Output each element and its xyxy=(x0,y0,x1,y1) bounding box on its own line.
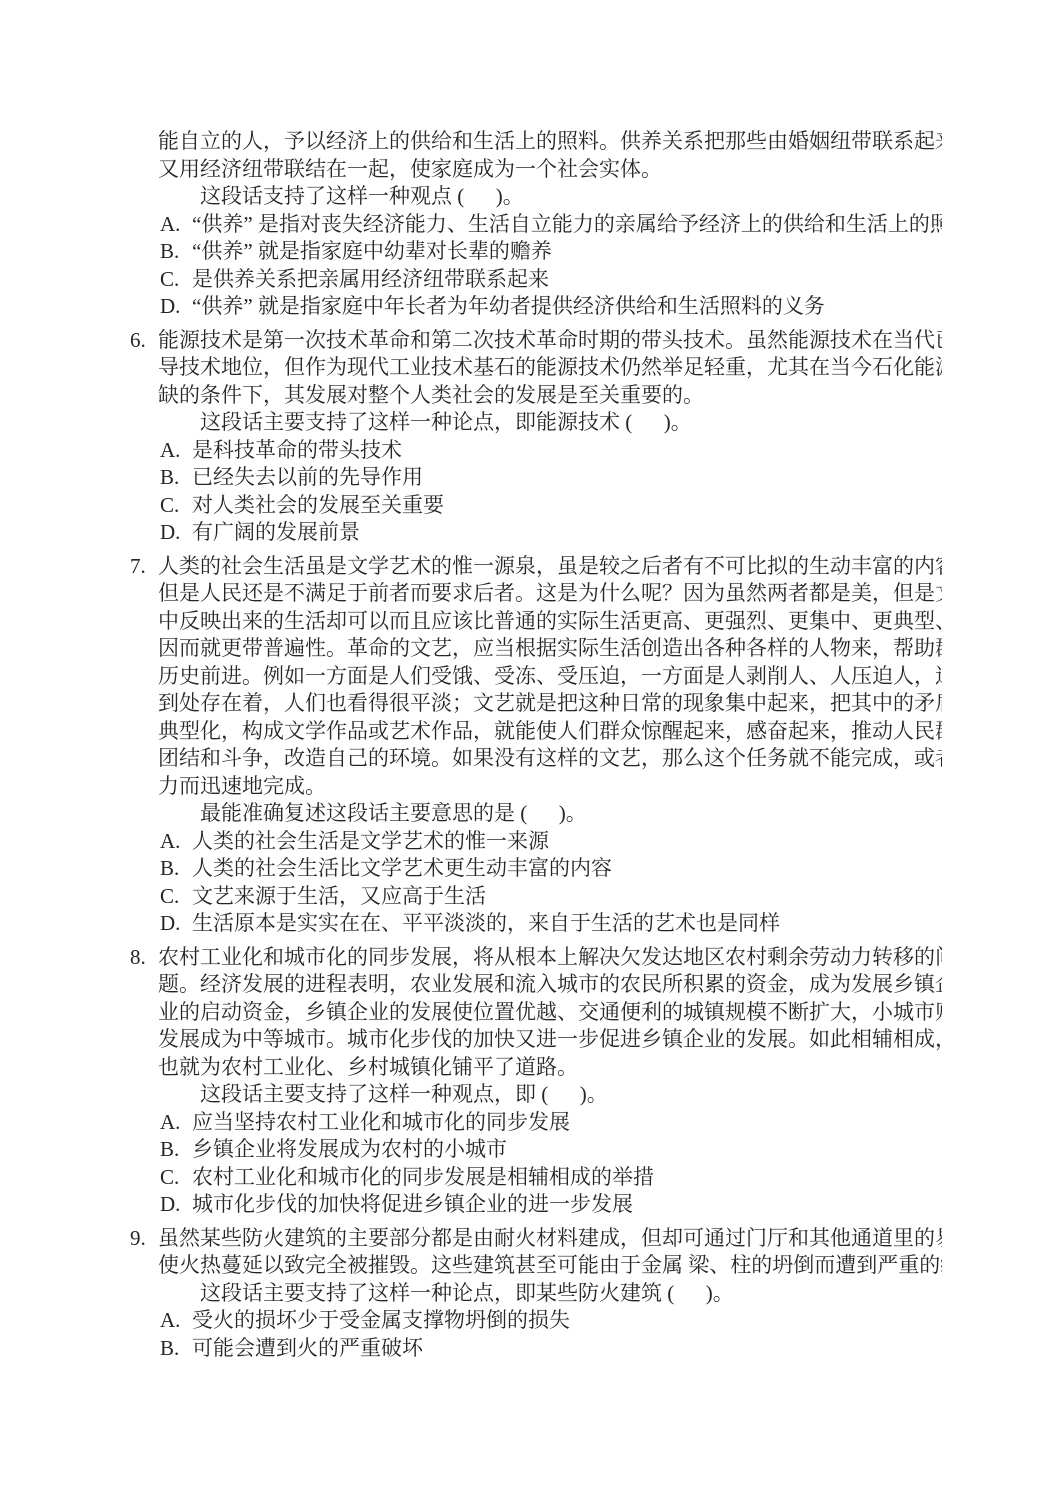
answer-option: B.“供养” 就是指家庭中幼辈对长辈的赡养 xyxy=(160,238,942,266)
option-letter: C. xyxy=(160,266,192,294)
question-text-line: 又用经济纽带联结在一起，使家庭成为一个社会实体。 xyxy=(158,156,942,184)
option-letter: D. xyxy=(160,293,192,321)
question-prompt: 这段话主要支持了这样一种观点，即 ( )。 xyxy=(158,1081,942,1109)
option-letter: A. xyxy=(160,1307,192,1335)
question-text-line: 典型化，构成文学作品或艺术作品，就能使人们群众惊醒起来，感奋起来，推动人民群众走… xyxy=(158,718,942,746)
option-letter: B. xyxy=(160,855,192,883)
question-text-line: 发展成为中等城市。城市化步伐的加快又进一步促进乡镇企业的发展。如此相辅相成， xyxy=(158,1026,942,1054)
question-text-line: 历史前进。例如一方面是人们受饿、受冻、受压迫，一方面是人剥削人、人压迫人，这个事… xyxy=(158,663,942,691)
question-block: 7.人类的社会生活虽是文学艺术的惟一源泉，虽是较之后者有不可比拟的生动丰富的内容… xyxy=(130,553,942,938)
option-text: 文艺来源于生活，又应高于生活 xyxy=(192,883,486,911)
option-letter: A. xyxy=(160,211,192,239)
option-letter: B. xyxy=(160,464,192,492)
option-letter: D. xyxy=(160,910,192,938)
question-text-line: 力而迅速地完成。 xyxy=(158,773,942,801)
question-text-line: 因而就更带普遍性。革命的文艺，应当根据实际生活创造出各种各样的人物来，帮助群众推… xyxy=(158,635,942,663)
option-text: 乡镇企业将发展成为农村的小城市 xyxy=(192,1136,507,1164)
answer-option: A.“供养” 是指对丧失经济能力、生活自立能力的亲属给予经济上的供给和生活上的照… xyxy=(160,211,942,239)
question-prompt: 最能准确复述这段话主要意思的是 ( )。 xyxy=(158,800,942,828)
answer-option: C.是供养关系把亲属用经济纽带联系起来 xyxy=(160,266,942,294)
question-text-line: 缺的条件下，其发展对整个人类社会的发展是至关重要的。 xyxy=(158,382,942,410)
option-letter: C. xyxy=(160,883,192,911)
question-prompt: 这段话主要支持了这样一种论点，即某些防火建筑 ( )。 xyxy=(158,1280,942,1308)
question-number: 9. xyxy=(130,1225,146,1253)
option-text: “供养” 就是指家庭中幼辈对长辈的赡养 xyxy=(192,238,552,266)
option-letter: A. xyxy=(160,828,192,856)
question-number: 6. xyxy=(130,327,146,355)
question-prompt: 这段话主要支持了这样一种论点，即能源技术 ( )。 xyxy=(158,409,942,437)
option-letter: C. xyxy=(160,1164,192,1192)
option-text: 城市化步伐的加快将促进乡镇企业的进一步发展 xyxy=(192,1191,633,1219)
answer-option: C.文艺来源于生活，又应高于生活 xyxy=(160,883,942,911)
answer-option: D.生活原本是实实在在、平平淡淡的，来自于生活的艺术也是同样 xyxy=(160,910,942,938)
option-text: 农村工业化和城市化的同步发展是相辅相成的举措 xyxy=(192,1164,654,1192)
option-letter: B. xyxy=(160,238,192,266)
question-text-line: 也就为农村工业化、乡村城镇化铺平了道路。 xyxy=(158,1054,942,1082)
document-page: 能自立的人，予以经济上的供给和生活上的照料。供养关系把那些由婚姻纽带联系起来的人… xyxy=(0,0,1058,1497)
option-letter: D. xyxy=(160,1191,192,1219)
answer-option: B.乡镇企业将发展成为农村的小城市 xyxy=(160,1136,942,1164)
answer-option: A.受火的损坏少于受金属支撑物坍倒的损失 xyxy=(160,1307,942,1335)
question-text-line: 但是人民还是不满足于前者而要求后者。这是为什么呢？因为虽然两者都是美，但是文艺作… xyxy=(158,580,942,608)
option-text: 受火的损坏少于受金属支撑物坍倒的损失 xyxy=(192,1307,570,1335)
option-letter: A. xyxy=(160,1109,192,1137)
question-number: 7. xyxy=(130,553,146,581)
option-text: “供养” 就是指家庭中年长者为年幼者提供经济供给和生活照料的义务 xyxy=(192,293,825,321)
question-number: 8. xyxy=(130,944,146,972)
question-block: 9.虽然某些防火建筑的主要部分都是由耐火材料建成，但却可通过门厅和其他通道里的易… xyxy=(130,1225,942,1363)
question-text-line: 能自立的人，予以经济上的供给和生活上的照料。供养关系把那些由婚姻纽带联系起来的人… xyxy=(158,128,942,156)
question-prompt: 这段话支持了这样一种观点 ( )。 xyxy=(158,183,942,211)
answer-option: C.农村工业化和城市化的同步发展是相辅相成的举措 xyxy=(160,1164,942,1192)
question-text-line: 题。经济发展的进程表明，农业发展和流入城市的农民所积累的资金，成为发展乡镇企 xyxy=(158,971,942,999)
question-text-line: 使火热蔓延以致完全被摧毁。这些建筑甚至可能由于金属 梁、柱的坍倒而遭到严重的结构… xyxy=(158,1252,942,1280)
question-text-line: 中反映出来的生活却可以而且应该比普通的实际生活更高、更强烈、更集中、更典型、更理… xyxy=(158,608,942,636)
question-block: 能自立的人，予以经济上的供给和生活上的照料。供养关系把那些由婚姻纽带联系起来的人… xyxy=(130,128,942,321)
option-text: “供养” 是指对丧失经济能力、生活自立能力的亲属给予经济上的供给和生活上的照料 xyxy=(192,211,942,239)
answer-option: B.人类的社会生活比文学艺术更生动丰富的内容 xyxy=(160,855,942,883)
answer-option: C.对人类社会的发展至关重要 xyxy=(160,492,942,520)
option-text: 对人类社会的发展至关重要 xyxy=(192,492,444,520)
answer-option: D.有广阔的发展前景 xyxy=(160,519,942,547)
option-text: 是科技革命的带头技术 xyxy=(192,437,402,465)
option-text: 有广阔的发展前景 xyxy=(192,519,360,547)
option-text: 已经失去以前的先导作用 xyxy=(192,464,423,492)
option-text: 生活原本是实实在在、平平淡淡的，来自于生活的艺术也是同样 xyxy=(192,910,780,938)
question-text-line: 人类的社会生活虽是文学艺术的惟一源泉，虽是较之后者有不可比拟的生动丰富的内容， xyxy=(158,553,942,581)
answer-option: D.“供养” 就是指家庭中年长者为年幼者提供经济供给和生活照料的义务 xyxy=(160,293,942,321)
question-text-line: 团结和斗争，改造自己的环境。如果没有这样的文艺，那么这个任务就不能完成，或者不能… xyxy=(158,745,942,773)
answer-option: B.已经失去以前的先导作用 xyxy=(160,464,942,492)
question-list: 能自立的人，予以经济上的供给和生活上的照料。供养关系把那些由婚姻纽带联系起来的人… xyxy=(130,128,942,1362)
option-text: 可能会遭到火的严重破坏 xyxy=(192,1335,423,1363)
option-letter: D. xyxy=(160,519,192,547)
question-text-line: 业的启动资金，乡镇企业的发展使位置优越、交通便利的城镇规模不断扩大，小城市则 xyxy=(158,999,942,1027)
question-text-line: 导技术地位，但作为现代工业技术基石的能源技术仍然举足轻重，尤其在当今石化能源逐渐… xyxy=(158,354,942,382)
option-text: 应当坚持农村工业化和城市化的同步发展 xyxy=(192,1109,570,1137)
question-text-line: 能源技术是第一次技术革命和第二次技术革命时期的带头技术。虽然能源技术在当代已失去… xyxy=(158,327,942,355)
answer-option: A.应当坚持农村工业化和城市化的同步发展 xyxy=(160,1109,942,1137)
answer-option: A.人类的社会生活是文学艺术的惟一来源 xyxy=(160,828,942,856)
question-block: 8.农村工业化和城市化的同步发展，将从根本上解决欠发达地区农村剩余劳动力转移的问… xyxy=(130,944,942,1219)
question-text-line: 到处存在着，人们也看得很平淡；文艺就是把这种日常的现象集中起来，把其中的矛盾和斗… xyxy=(158,690,942,718)
option-text: 人类的社会生活比文学艺术更生动丰富的内容 xyxy=(192,855,612,883)
option-letter: A. xyxy=(160,437,192,465)
option-text: 是供养关系把亲属用经济纽带联系起来 xyxy=(192,266,549,294)
question-text-line: 虽然某些防火建筑的主要部分都是由耐火材料建成，但却可通过门厅和其他通道里的易燃材… xyxy=(158,1225,942,1253)
option-text: 人类的社会生活是文学艺术的惟一来源 xyxy=(192,828,549,856)
answer-option: A.是科技革命的带头技术 xyxy=(160,437,942,465)
answer-option: B.可能会遭到火的严重破坏 xyxy=(160,1335,942,1363)
option-letter: B. xyxy=(160,1335,192,1363)
answer-option: D.城市化步伐的加快将促进乡镇企业的进一步发展 xyxy=(160,1191,942,1219)
option-letter: C. xyxy=(160,492,192,520)
option-letter: B. xyxy=(160,1136,192,1164)
question-block: 6.能源技术是第一次技术革命和第二次技术革命时期的带头技术。虽然能源技术在当代已… xyxy=(130,327,942,547)
question-text-line: 农村工业化和城市化的同步发展，将从根本上解决欠发达地区农村剩余劳动力转移的问 xyxy=(158,944,942,972)
